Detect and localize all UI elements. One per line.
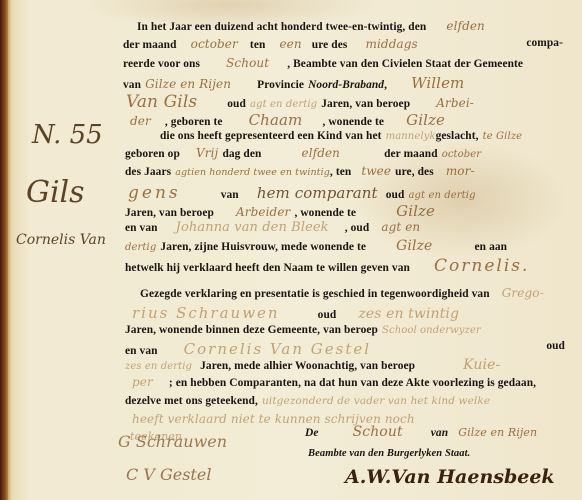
text-line: en van Johanna van den Bleek , oud agt e… [125, 220, 420, 235]
text-line: reerde voor ons Schout , Beambte van den… [123, 56, 523, 70]
text-line: Gezegde verklaring en presentatie is ges… [140, 286, 544, 300]
text-line: dezelve met ons geteekend, uitgezonderd … [125, 393, 490, 407]
margin-given-name: Cornelis Van [16, 232, 106, 248]
text-line: rius Schrauwen oud zes en twintig [132, 304, 459, 322]
text-line: Jaren, wonende binnen deze Gemeente, van… [125, 322, 481, 336]
text-line: gens van hem comparant oud agt en dertig [128, 183, 476, 203]
text-line: zes en dertig Jaren, mede alhier Woonach… [125, 357, 500, 373]
text-line: per ; en hebben Comparanten, na dat hun … [132, 375, 536, 389]
text-line: die ons heeft gepresenteerd een Kind van… [160, 128, 522, 142]
record-number: N. 55 [32, 120, 103, 150]
text-line: geboren op Vrij dag den elfden der maand… [125, 146, 481, 160]
text-line: hetwelk hij verklaard heeft den Naam te … [125, 256, 529, 276]
signature-witness-1: G Schrauwen [118, 432, 227, 451]
text-line: des Jaars agtien honderd twee en twintig… [125, 164, 475, 178]
signature-witness-2: C V Gestel [126, 465, 211, 484]
office-label: Beambte van den Burgerlyken Staat. [308, 447, 470, 459]
official-title-line: De Schout van Gilze en Rijen [305, 424, 537, 440]
text-line: der maand october ten een ure des middag… [123, 37, 563, 51]
book-binding [0, 0, 8, 500]
margin-surname: Gils [26, 175, 85, 210]
text-line: dertig Jaren, zijne Huisvrouw, mede wone… [125, 238, 507, 254]
text-line: en van Cornelis Van Gestel oud [125, 340, 565, 358]
text-line: der , geboren te Chaam , wonende te Gilz… [130, 111, 445, 129]
text-line: Jaren, van beroep Arbeider , wonende te … [125, 202, 435, 220]
register-page: N. 55 Gils Cornelis Van In het Jaar een … [0, 0, 582, 500]
signature-official: A.W.Van Haensbeek [345, 466, 555, 488]
text-line: In het Jaar een duizend acht honderd twe… [137, 19, 485, 33]
text-line: van Gilze en Rijen Provincie Noord-Braba… [123, 74, 464, 92]
text-line: Van Gils oud agt en dertig Jaren, van be… [126, 92, 474, 112]
